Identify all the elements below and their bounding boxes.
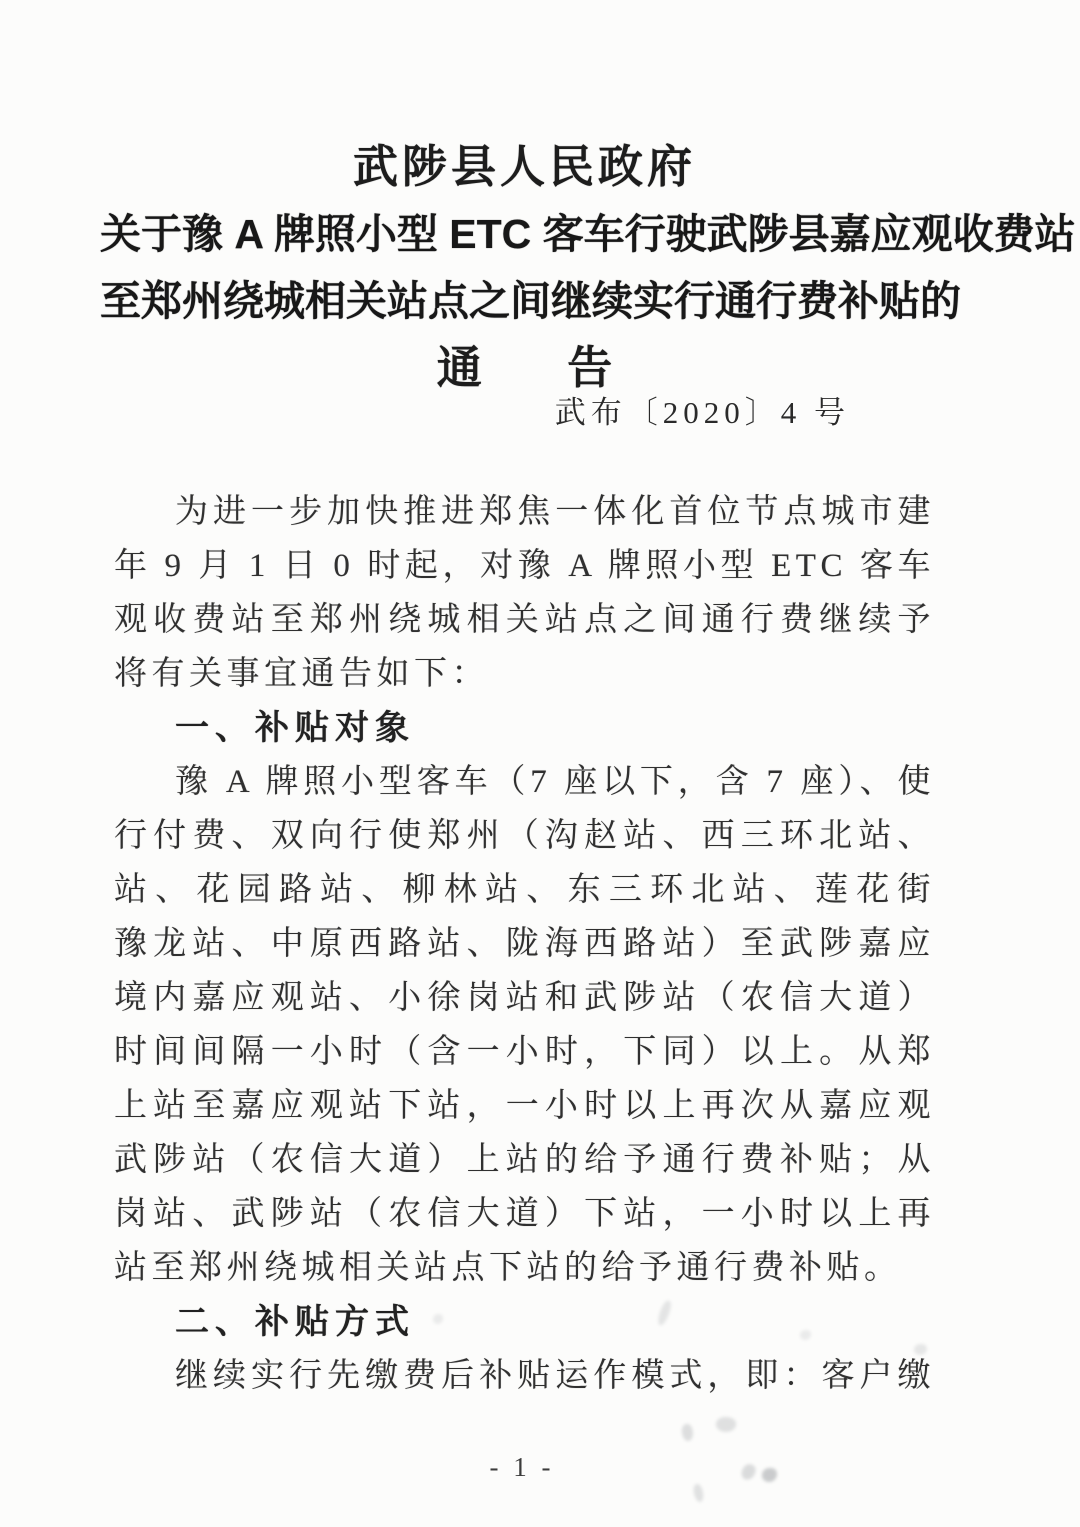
section-1-line-5: 境内嘉应观站、小徐岗站和武陟站（农信大道）相互之间上下站 bbox=[114, 971, 935, 1025]
section-1-line-4: 豫龙站、中原西路站、陇海西路站）至武陟嘉应观站，且在武陟 bbox=[114, 917, 935, 971]
issuing-org-title: 武陟县人民政府 bbox=[114, 130, 935, 195]
document-title-line-2: 至郑州绕城相关站点之间继续实行通行费补贴的 bbox=[100, 268, 949, 327]
section-1-line-8: 武陟站（农信大道）上站的给予通行费补贴；从嘉应观站、小徐 bbox=[114, 1133, 935, 1187]
section-2-line-1: 继续实行先缴费后补贴运作模式，即：客户缴纳通行费后原 bbox=[114, 1349, 935, 1403]
section-1-heading: 一、补贴对象 bbox=[114, 701, 935, 755]
page-number: - 1 - bbox=[0, 1452, 1044, 1483]
document-title-line-1: 关于豫 A 牌照小型 ETC 客车行驶武陟县嘉应观收费站 bbox=[100, 201, 949, 260]
section-1-line-10: 站至郑州绕城相关站点下站的给予通行费补贴。 bbox=[114, 1241, 935, 1295]
section-1-line-3: 站、花园路站、柳林站、东三环北站、莲花街站、科学大道站、 bbox=[114, 863, 935, 917]
section-1-line-2: 行付费、双向行使郑州（沟赵站、西三环北站、惠济站、文化路 bbox=[114, 809, 935, 863]
intro-line-2: 年 9 月 1 日 0 时起，对豫 A 牌照小型 ETC 客车行驶武陟县嘉应 bbox=[114, 539, 935, 593]
document-body: 为进一步加快推进郑焦一体化首位节点城市建设，自 2020 年 9 月 1 日 0… bbox=[114, 485, 935, 1403]
section-1-line-1: 豫 A 牌照小型客车（7 座以下，含 7 座）、使用 ETC 设备通 bbox=[114, 755, 935, 809]
section-1-line-6: 时间间隔一小时（含一小时，下同）以上。从郑州绕城相关站点 bbox=[114, 1025, 935, 1079]
document-content: 武陟县人民政府 关于豫 A 牌照小型 ETC 客车行驶武陟县嘉应观收费站 至郑州… bbox=[114, 0, 935, 1527]
intro-line-3: 观收费站至郑州绕城相关站点之间通行费继续予以双向补贴。现 bbox=[114, 593, 935, 647]
intro-line-1: 为进一步加快推进郑焦一体化首位节点城市建设，自 2020 bbox=[114, 485, 935, 539]
scanned-document-page: 武陟县人民政府 关于豫 A 牌照小型 ETC 客车行驶武陟县嘉应观收费站 至郑州… bbox=[0, 0, 1080, 1527]
section-2-heading: 二、补贴方式 bbox=[114, 1295, 935, 1349]
section-1-line-7: 上站至嘉应观站下站，一小时以上再次从嘉应观站、小徐岗站、 bbox=[114, 1079, 935, 1133]
intro-line-4: 将有关事宜通告如下： bbox=[114, 647, 935, 701]
section-1-line-9: 岗站、武陟站（农信大道）下站，一小时以上再次从嘉应观站上 bbox=[114, 1187, 935, 1241]
document-number: 武布〔2020〕4 号 bbox=[114, 387, 850, 432]
